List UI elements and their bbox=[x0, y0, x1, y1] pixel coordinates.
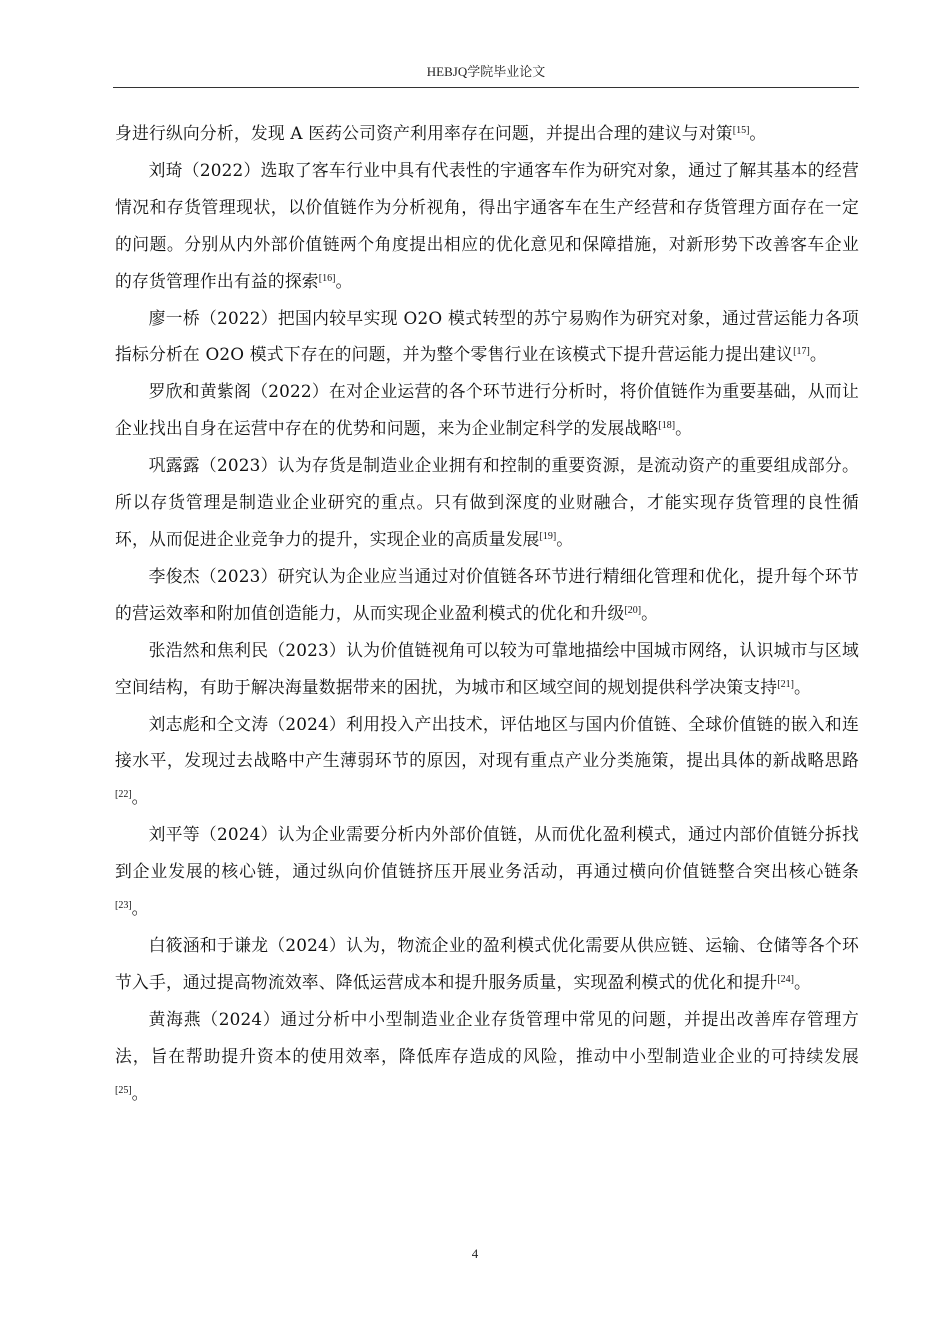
citation-ref: [21] bbox=[777, 679, 794, 690]
paragraph-end: 。 bbox=[132, 898, 149, 918]
citation-ref: [23] bbox=[115, 900, 132, 911]
running-header: HEBJQ学院毕业论文 bbox=[113, 64, 859, 80]
citation-ref: [16] bbox=[319, 273, 336, 284]
paragraph-text: 白筱涵和于谦龙（2024）认为，物流企业的盈利模式优化需要从供应链、运输、仓储等… bbox=[115, 935, 859, 992]
paragraph-text: 黄海燕（2024）通过分析中小型制造业企业存货管理中常见的问题，并提出改善库存管… bbox=[115, 1009, 859, 1066]
paragraph-end: 。 bbox=[556, 529, 573, 549]
paragraph: 罗欣和黄紫阁（2022）在对企业运营的各个环节进行分析时，将价值链作为重要基础，… bbox=[115, 373, 859, 447]
page-number: 4 bbox=[0, 1246, 950, 1262]
paragraph-end: 。 bbox=[675, 418, 692, 438]
document-page: HEBJQ学院毕业论文 身进行纵向分析，发现 A 医药公司资产利用率存在问题，并… bbox=[0, 0, 950, 1344]
citation-ref: [15] bbox=[733, 125, 750, 136]
paragraph-continuation: 身进行纵向分析，发现 A 医药公司资产利用率存在问题，并提出合理的建议与对策[1… bbox=[115, 115, 859, 152]
paragraph-text: 刘志彪和仝文涛（2024）利用投入产出技术，评估地区与国内价值链、全球价值链的嵌… bbox=[115, 714, 859, 771]
paragraph-text: 廖一桥（2022）把国内较早实现 O2O 模式转型的苏宁易购作为研究对象，通过营… bbox=[115, 308, 859, 365]
citation-ref: [19] bbox=[540, 531, 557, 542]
header-rule bbox=[113, 87, 859, 88]
paragraph-text: 李俊杰（2023）研究认为企业应当通过对价值链各环节进行精细化管理和优化，提升每… bbox=[115, 566, 859, 623]
citation-ref: [17] bbox=[793, 346, 810, 357]
paragraph: 巩露露（2023）认为存货是制造业企业拥有和控制的重要资源，是流动资产的重要组成… bbox=[115, 447, 859, 558]
paragraph-end: 。 bbox=[641, 603, 658, 623]
paragraph: 廖一桥（2022）把国内较早实现 O2O 模式转型的苏宁易购作为研究对象，通过营… bbox=[115, 300, 859, 374]
paragraph-end: 。 bbox=[794, 972, 811, 992]
paragraph: 白筱涵和于谦龙（2024）认为，物流企业的盈利模式优化需要从供应链、运输、仓储等… bbox=[115, 927, 859, 1001]
paragraph-end: 。 bbox=[810, 344, 827, 364]
paragraph: 李俊杰（2023）研究认为企业应当通过对价值链各环节进行精细化管理和优化，提升每… bbox=[115, 558, 859, 632]
paragraph-text: 巩露露（2023）认为存货是制造业企业拥有和控制的重要资源，是流动资产的重要组成… bbox=[115, 455, 859, 549]
paragraph-end: 。 bbox=[132, 1083, 149, 1103]
citation-ref: [20] bbox=[624, 605, 641, 616]
paragraph-text: 罗欣和黄紫阁（2022）在对企业运营的各个环节进行分析时，将价值链作为重要基础，… bbox=[115, 381, 859, 438]
paragraph: 黄海燕（2024）通过分析中小型制造业企业存货管理中常见的问题，并提出改善库存管… bbox=[115, 1001, 859, 1112]
citation-ref: [24] bbox=[777, 974, 794, 985]
body-text: 身进行纵向分析，发现 A 医药公司资产利用率存在问题，并提出合理的建议与对策[1… bbox=[115, 115, 859, 1111]
paragraph-text: 张浩然和焦利民（2023）认为价值链视角可以较为可靠地描绘中国城市网络，认识城市… bbox=[115, 640, 859, 697]
paragraph-end: 。 bbox=[335, 271, 352, 291]
paragraph: 刘志彪和仝文涛（2024）利用投入产出技术，评估地区与国内价值链、全球价值链的嵌… bbox=[115, 706, 859, 817]
citation-ref: [18] bbox=[658, 420, 675, 431]
paragraph-text: 刘琦（2022）选取了客车行业中具有代表性的宇通客车作为研究对象，通过了解其基本… bbox=[115, 160, 859, 291]
citation-ref: [25] bbox=[115, 1085, 132, 1096]
paragraph-text: 刘平等（2024）认为企业需要分析内外部价值链，从而优化盈利模式，通过内部价值链… bbox=[115, 824, 859, 881]
paragraph-end: 。 bbox=[132, 787, 149, 807]
paragraph-text: 身进行纵向分析，发现 A 医药公司资产利用率存在问题，并提出合理的建议与对策 bbox=[115, 123, 733, 143]
paragraph-end: 。 bbox=[749, 123, 766, 143]
paragraph-end: 。 bbox=[794, 677, 811, 697]
paragraph: 刘琦（2022）选取了客车行业中具有代表性的宇通客车作为研究对象，通过了解其基本… bbox=[115, 152, 859, 300]
paragraph: 张浩然和焦利民（2023）认为价值链视角可以较为可靠地描绘中国城市网络，认识城市… bbox=[115, 632, 859, 706]
paragraph: 刘平等（2024）认为企业需要分析内外部价值链，从而优化盈利模式，通过内部价值链… bbox=[115, 816, 859, 927]
citation-ref: [22] bbox=[115, 789, 132, 800]
